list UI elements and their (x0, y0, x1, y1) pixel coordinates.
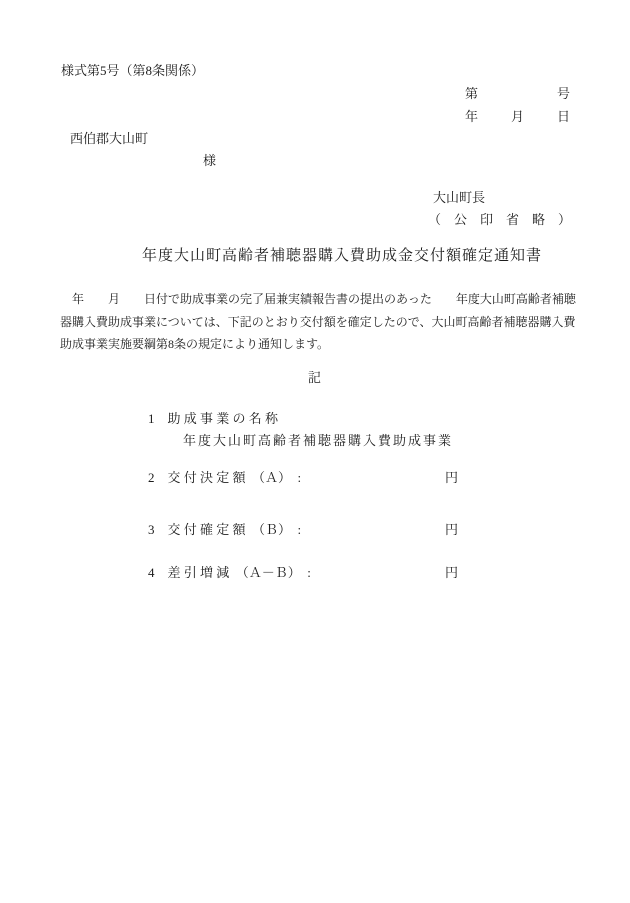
section-mark-ki: 記 (308, 369, 321, 387)
form-number: 様式第5号（第8条関係） (61, 62, 204, 80)
recipient-name: 西伯郡大山町 (70, 130, 148, 148)
doc-number-line: 第 号 (0, 85, 630, 105)
body-paragraph: 年 月 日付で助成事業の完了届兼実績報告書の提出のあった 年度大山町高齢者補聴 … (60, 288, 585, 356)
date-month-label: 月 (511, 108, 524, 126)
doc-number-prefix: 第 (465, 85, 478, 103)
item-3-label: 3 交 付 確 定 額 （Ｂ） : (148, 521, 301, 539)
item-1-label: 1 助 成 事 業 の 名 称 (148, 410, 278, 428)
doc-number-suffix: 号 (557, 85, 570, 103)
document-title: 年度大山町高齢者補聴器購入費助成金交付額確定通知書 (142, 246, 542, 267)
item-1-value: 年度大山町高齢者補聴器購入費助成事業 (183, 432, 453, 450)
recipient-honorific: 様 (203, 152, 216, 170)
item-3-unit: 円 (445, 521, 458, 539)
item-2-label: 2 交 付 決 定 額 （Ａ） : (148, 469, 301, 487)
item-4-label: 4 差 引 増 減 （Ａ－Ｂ） : (148, 564, 311, 582)
date-day-label: 日 (557, 108, 570, 126)
date-year-label: 年 (465, 108, 478, 126)
sender-title: 大山町長 (433, 189, 485, 207)
document-page: 様式第5号（第8条関係） 第 号 年 月 日 西伯郡大山町 様 大山町長 （ 公… (0, 0, 630, 903)
item-2-unit: 円 (445, 469, 458, 487)
date-line: 年 月 日 (0, 108, 630, 128)
item-4-unit: 円 (445, 564, 458, 582)
seal-omitted-note: （ 公 印 省 略 ） (428, 211, 571, 229)
